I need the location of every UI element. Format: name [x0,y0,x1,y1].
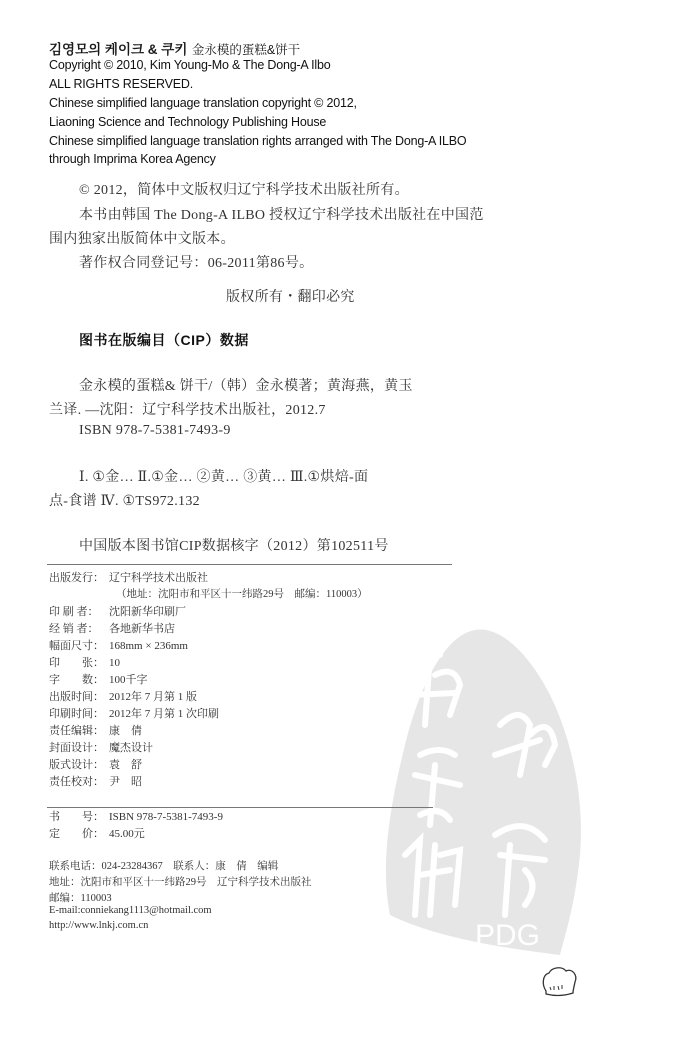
chef-hat-icon [540,965,580,1000]
copyright-english-line-1: Copyright © 2010, Kim Young-Mo & The Don… [49,58,331,72]
cip-entry-line-2: 兰译. —沈阳：辽宁科学技术出版社，2012.7 [49,399,326,419]
translation-rights: Chinese simplified language translation … [49,134,466,148]
pub-row-layout-design: 版式设计：袁 舒 [49,757,142,773]
pub-row-printer: 印 刷 者：沈阳新华印刷厂 [49,604,186,620]
cip-subject-line-2: 点-食谱 Ⅳ. ①TS972.132 [49,490,200,510]
pub-row-sheets: 印 张：10 [49,655,120,671]
pub-row-print-date: 印刷时间：2012年 7 月第 1 次印刷 [49,706,219,722]
divider-bottom [47,807,433,808]
contact-postcode: 邮编：110003 [49,890,112,905]
divider-top [47,564,452,565]
book-title-line: 김영모의 케이크 & 쿠키 金永模的蛋糕&饼干 [49,38,300,59]
translation-copyright: Chinese simplified language translation … [49,96,357,110]
pub-row-proofreader: 责任校对：尹 昭 [49,774,142,790]
all-rights-reserved: ALL RIGHTS RESERVED. [49,77,193,91]
book-number-row: 书 号：ISBN 978-7-5381-7493-9 [49,809,223,825]
pub-row-publish-date: 出版时间：2012年 7 月第 1 版 [49,689,197,705]
rights-reserved-cn: 版权所有・翻印必究 [226,286,355,306]
agency-line: through Imprima Korea Agency [49,152,216,166]
seal-stamp-icon: PDG [380,615,585,960]
pub-row-cover-design: 封面设计：魔杰设计 [49,740,153,756]
cip-entry-line-1: 金永模的蛋糕& 饼干/（韩）金永模著；黄海燕，黄玉 [79,375,413,395]
pub-row-distributor: 经 销 者：各地新华书店 [49,621,175,637]
pub-row-address: （地址：沈阳市和平区十一纬路29号 邮编：110003） [116,587,368,603]
book-title-korean: 김영모의 케이크 & 쿠키 [49,42,187,57]
price-row: 定 价：45.00元 [49,826,145,842]
copyright-cn-line-1: © 2012，简体中文版权归辽宁科学技术出版社所有。 [79,179,409,199]
pub-row-publisher: 出版发行：辽宁科学技术出版社 [49,570,208,586]
cip-isbn: ISBN 978-7-5381-7493-9 [79,423,231,439]
watermark-pdg-text: PDG [475,919,540,952]
contact-email[interactable]: E-mail:conniekang1113@hotmail.com [49,905,212,916]
copyright-cn-line-2: 本书由韩国 The Dong-A ILBO 授权辽宁科学技术出版社在中国范 [79,204,484,224]
contact-address: 地址：沈阳市和平区十一纬路29号 辽宁科学技术出版社 [49,874,312,889]
publisher-english: Liaoning Science and Technology Publishi… [49,115,326,129]
contact-website-link[interactable]: http://www.lnkj.com.cn [49,920,148,931]
pub-row-format: 幅面尺寸：168mm × 236mm [49,638,188,654]
cip-verification: 中国版本图书馆CIP数据核字（2012）第102511号 [79,535,389,555]
price-value: 45.00元 [109,828,145,840]
pub-row-wordcount: 字 数：100千字 [49,672,148,688]
contact-phone: 联系电话：024-23284367 联系人：康 倩 编辑 [49,858,278,873]
cip-subject-line-1: Ⅰ. ①金… Ⅱ.①金… ②黄… ③黄… Ⅲ.①烘焙-面 [79,466,368,486]
book-title-chinese: 金永模的蛋糕&饼干 [192,43,300,57]
copyright-cn-line-3: 围内独家出版简体中文版本。 [49,228,235,248]
cip-heading: 图书在版编目（CIP）数据 [79,330,249,350]
pub-row-editor: 责任编辑：康 倩 [49,723,142,739]
copyright-registration: 著作权合同登记号：06-2011第86号。 [79,252,313,272]
